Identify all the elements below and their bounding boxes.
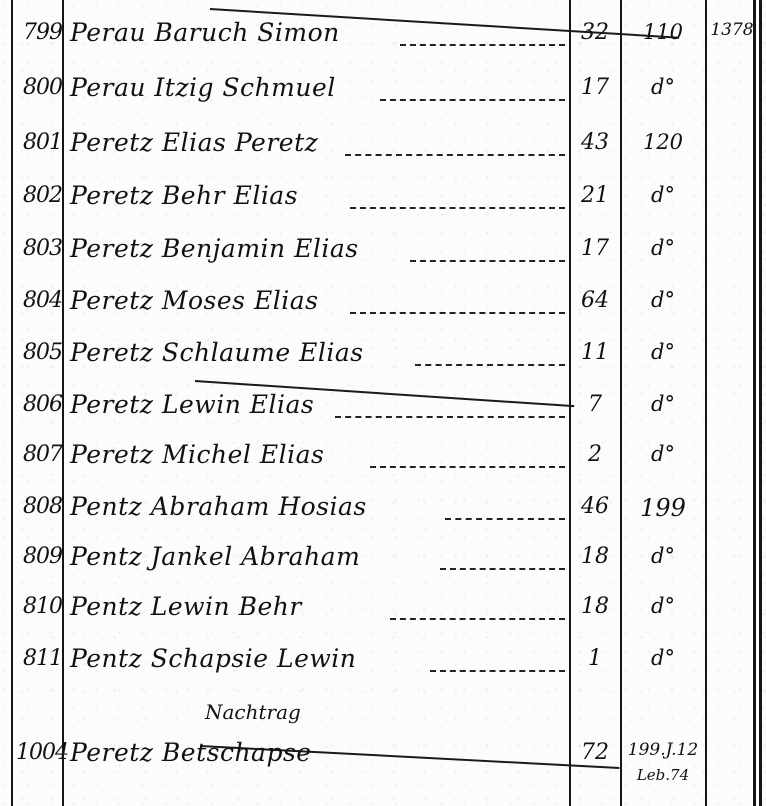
entry-name: Perau Itzig Schmuel <box>70 73 336 102</box>
entry-value: d° <box>624 183 702 207</box>
entry-value-sub: Leb.74 <box>624 766 702 784</box>
entry-value: 120 <box>624 130 702 154</box>
entry-value: d° <box>624 442 702 466</box>
dash-filler <box>350 312 565 314</box>
dash-filler <box>400 44 565 46</box>
entry-age: 32 <box>572 20 618 45</box>
entry-name: Pentz Abraham Hosias <box>70 492 367 521</box>
dash-filler <box>380 99 565 101</box>
entry-number: 801 <box>16 130 62 155</box>
entry-number: 808 <box>16 494 62 519</box>
entry-age: 18 <box>572 594 618 619</box>
entry-age: 17 <box>572 75 618 100</box>
entry-name: Peretz Benjamin Elias <box>70 234 359 263</box>
register-row: 803 Peretz Benjamin Elias 17 d° <box>0 236 766 286</box>
dash-filler <box>440 568 565 570</box>
entry-value: d° <box>624 236 702 260</box>
register-row: 805 Peretz Schlaume Elias 11 d° <box>0 340 766 390</box>
register-row: 810 Pentz Lewin Behr 18 d° <box>0 594 766 644</box>
entry-number: 806 <box>16 392 62 417</box>
entry-age: 18 <box>572 544 618 569</box>
entry-number: 804 <box>16 288 62 313</box>
register-row: 808 Pentz Abraham Hosias 46 199 <box>0 494 766 544</box>
entry-number: 799 <box>16 20 62 45</box>
entry-name: Pentz Schapsie Lewin <box>70 644 356 673</box>
entry-name: Pentz Jankel Abraham <box>70 542 360 571</box>
entry-number: 1004 <box>16 740 62 765</box>
entry-name: Peretz Moses Elias <box>70 286 318 315</box>
entry-age: 46 <box>572 494 618 519</box>
entry-age: 2 <box>572 442 618 467</box>
entry-age: 17 <box>572 236 618 261</box>
entry-age: 21 <box>572 183 618 208</box>
entry-number: 805 <box>16 340 62 365</box>
dash-filler <box>350 207 565 209</box>
register-row: 807 Peretz Michel Elias 2 d° <box>0 442 766 492</box>
dash-filler <box>390 618 565 620</box>
section-note: Nachtrag <box>205 700 301 724</box>
entry-name: Peretz Betschapse <box>70 738 312 767</box>
entry-age: 1 <box>572 646 618 671</box>
entry-value: d° <box>624 340 702 364</box>
register-row: 811 Pentz Schapsie Lewin 1 d° <box>0 646 766 696</box>
dash-filler <box>335 416 565 418</box>
entry-age: 43 <box>572 130 618 155</box>
entry-number: 802 <box>16 183 62 208</box>
entry-name: Peretz Behr Elias <box>70 181 298 210</box>
dash-filler <box>410 260 565 262</box>
entry-reference: 1378 <box>710 20 754 40</box>
entry-value: 199 <box>624 494 702 522</box>
entry-number: 811 <box>16 646 62 671</box>
entry-value: d° <box>624 75 702 99</box>
dash-filler <box>345 154 565 156</box>
entry-name: Peretz Schlaume Elias <box>70 338 364 367</box>
register-row: 802 Peretz Behr Elias 21 d° <box>0 183 766 233</box>
register-row: 801 Peretz Elias Peretz 43 120 <box>0 130 766 180</box>
entry-number: 809 <box>16 544 62 569</box>
register-row-final: 1004 Peretz Betschapse 72 199.J.12 Leb.7… <box>0 740 766 790</box>
dash-filler <box>445 518 565 520</box>
entry-value: 199.J.12 <box>624 740 702 760</box>
entry-name: Pentz Lewin Behr <box>70 592 302 621</box>
dash-filler <box>370 466 565 468</box>
entry-value: 110 <box>624 20 702 44</box>
entry-age: 72 <box>572 740 618 765</box>
register-row: 799 Perau Baruch Simon 32 110 1378 <box>0 20 766 70</box>
dash-filler <box>430 670 565 672</box>
entry-name: Peretz Michel Elias <box>70 440 324 469</box>
register-page: 799 Perau Baruch Simon 32 110 1378 800 P… <box>0 0 766 806</box>
entry-number: 803 <box>16 236 62 261</box>
entry-number: 800 <box>16 75 62 100</box>
register-row: 804 Peretz Moses Elias 64 d° <box>0 288 766 338</box>
entry-age: 7 <box>572 392 618 417</box>
entry-age: 11 <box>572 340 618 365</box>
entry-age: 64 <box>572 288 618 313</box>
register-row: 809 Pentz Jankel Abraham 18 d° <box>0 544 766 594</box>
entry-value: d° <box>624 544 702 568</box>
entry-name: Perau Baruch Simon <box>70 18 340 47</box>
dash-filler <box>415 364 565 366</box>
entry-value: d° <box>624 392 702 416</box>
register-row: 806 Peretz Lewin Elias 7 d° <box>0 392 766 442</box>
register-row: 800 Perau Itzig Schmuel 17 d° <box>0 75 766 125</box>
entry-value: d° <box>624 288 702 312</box>
entry-number: 810 <box>16 594 62 619</box>
entry-value: d° <box>624 594 702 618</box>
entry-name: Peretz Lewin Elias <box>70 390 314 419</box>
entry-value: d° <box>624 646 702 670</box>
entry-name: Peretz Elias Peretz <box>70 128 318 157</box>
entry-number: 807 <box>16 442 62 467</box>
